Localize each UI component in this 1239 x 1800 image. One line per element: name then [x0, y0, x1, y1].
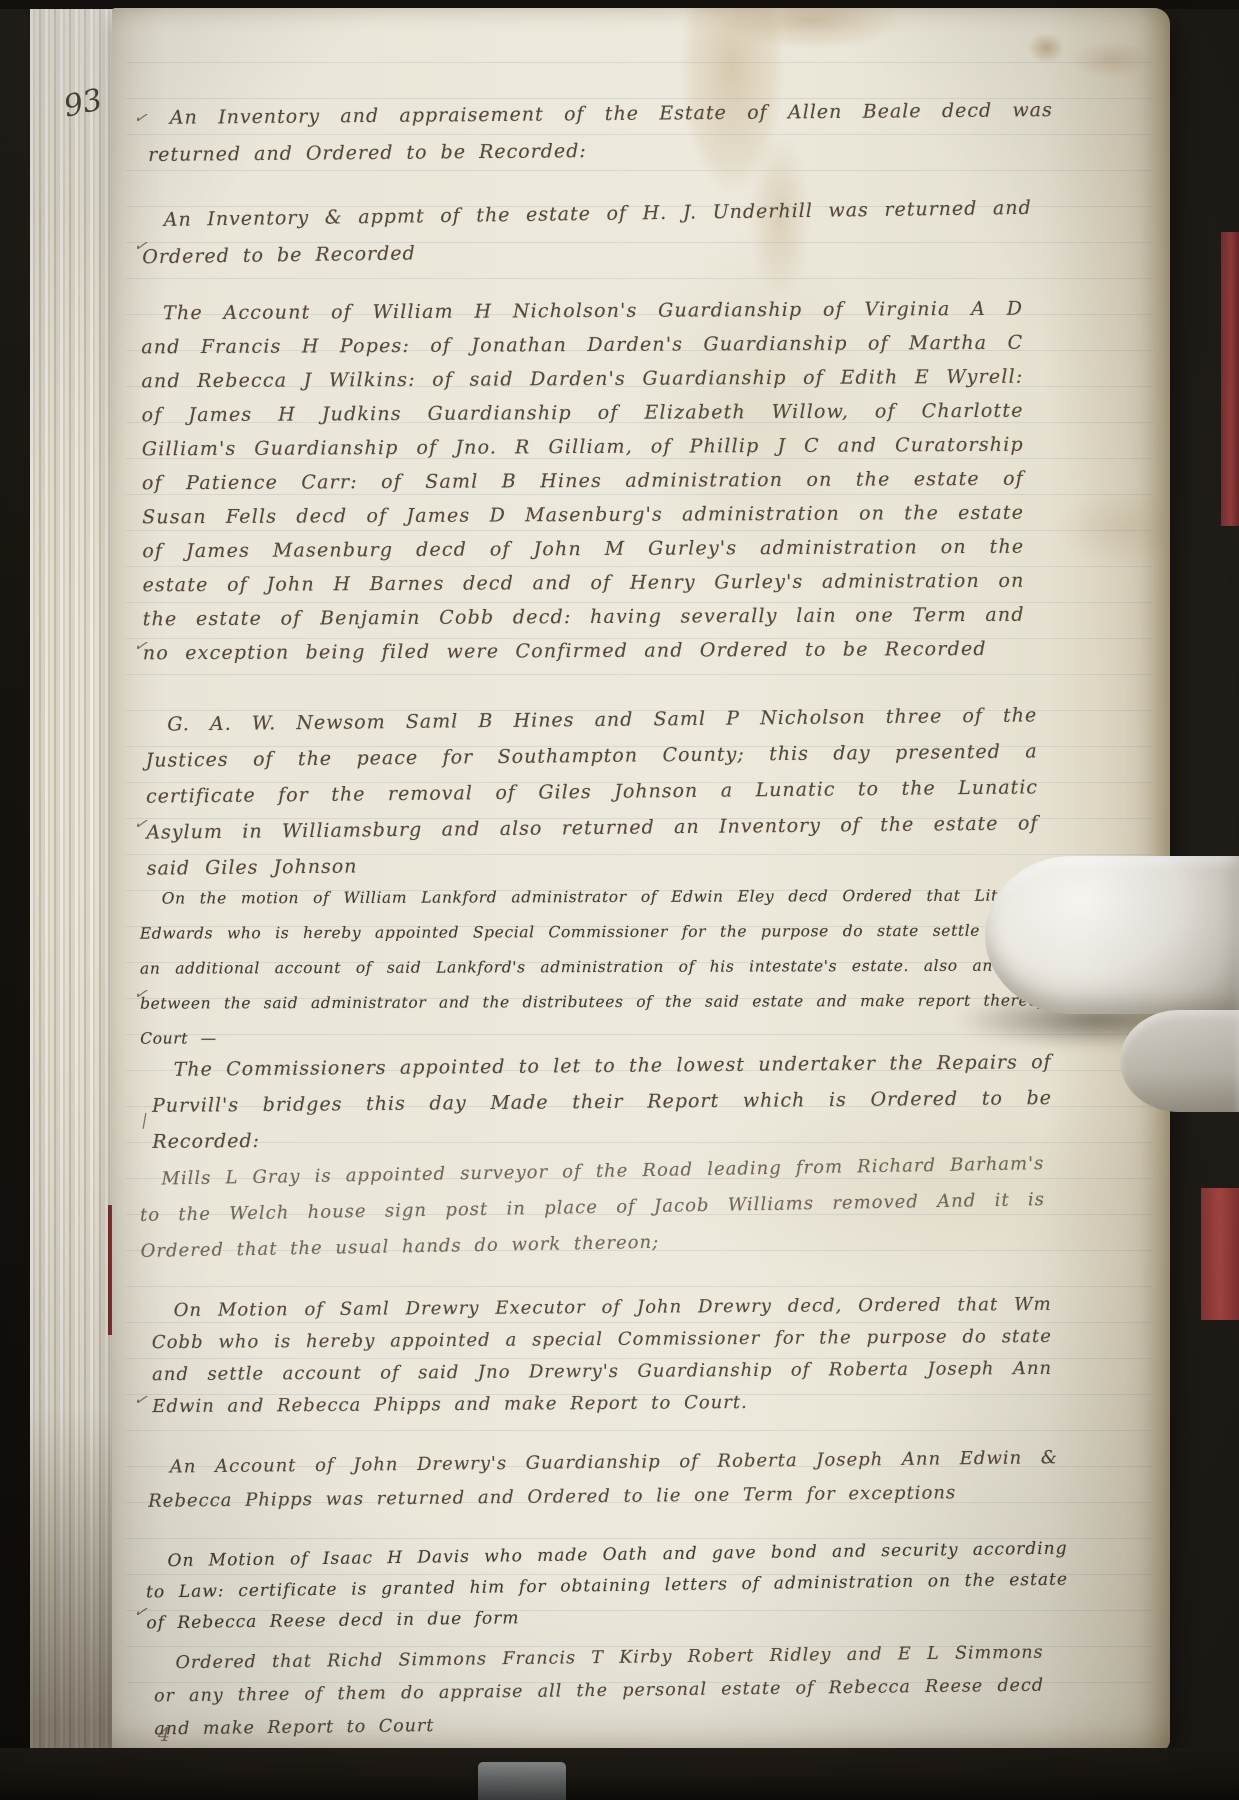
court-order-entry-drewry-account: An Account of John Drewry's Guardianship… [148, 1441, 1059, 1519]
gloved-thumb [985, 856, 1239, 1014]
binding-red-strip-upper [1221, 232, 1239, 526]
court-order-entry-lunatic-removal: G. A. W. Newsom Saml B Hines and Saml P … [145, 697, 1039, 886]
manuscript-photo: 93 An Inventory and appraisement of the … [0, 0, 1239, 1800]
margin-numeral-mark: 4 [158, 1724, 171, 1746]
gloved-finger [1120, 1010, 1239, 1112]
court-order-entry-inventory-beale: An Inventory and appraisement of the Est… [148, 92, 1054, 174]
court-order-entry-guardianship-accounts: The Account of William H Nicholson's Gua… [141, 292, 1025, 671]
book-page-edges-left [30, 6, 116, 1758]
photo-left-dark-edge [0, 0, 30, 1800]
court-order-entry-inventory-underhill: An Inventory & appmt of the estate of H.… [142, 190, 1033, 276]
court-order-entry-road-surveyor: Mills L Gray is appointed surveyor of th… [139, 1146, 1046, 1270]
court-order-entry-drewry-motion: On Motion of Saml Drewry Executor of Joh… [152, 1289, 1053, 1423]
margin-checkmark: ✓ [132, 107, 149, 128]
court-order-entry-lankford-motion: On the motion of William Lankford admini… [140, 878, 1075, 1056]
book-cradle-clamp [478, 1762, 566, 1800]
photo-bottom-dark-edge [0, 1748, 1239, 1800]
binding-red-strip-lower [1201, 1188, 1239, 1320]
margin-checkmark: ✓ [132, 1389, 149, 1410]
margin-tick: | [140, 1110, 149, 1130]
court-order-entry-reese-appraisal: Ordered that Richd Simmons Francis T Kir… [153, 1637, 1044, 1747]
court-order-entry-bridge-repairs: The Commissioners appointed to let to th… [152, 1044, 1053, 1160]
court-order-entry-davis-administration: On Motion of Isaac H Davis who made Oath… [145, 1534, 1068, 1640]
